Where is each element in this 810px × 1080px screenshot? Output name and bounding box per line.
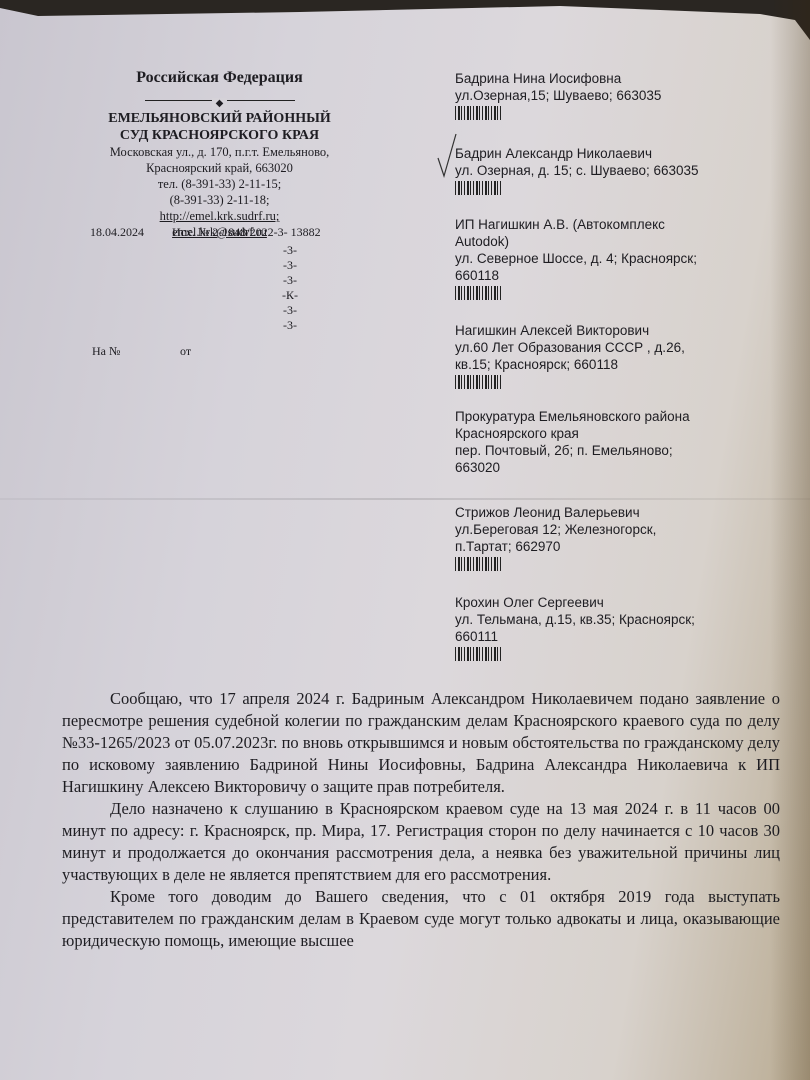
recipient-address: 663020 [455,459,755,476]
code: -3- [270,318,310,333]
court-address-line1: Московская ул., д. 170, п.г.т. Емельянов… [92,144,347,160]
recipient-address: Autodok) [455,233,755,250]
recipient-name: Стрижов Леонид Валерьевич [455,504,755,521]
recipient-address: кв.15; Красноярск; 660118 [455,356,755,373]
letter-body: Сообщаю, что 17 апреля 2024 г. Бадриным … [62,688,780,952]
body-paragraph: Дело назначено к слушанию в Красноярском… [62,798,780,886]
country-name: Российская Федерация [92,70,347,86]
court-address-line2: Красноярский край, 663020 [92,160,347,176]
reference-number-label: На № [92,344,120,359]
recipient-block: Прокуратура Емельяновского района Красно… [455,408,755,476]
recipient-block: Бадрин Александр Николаевич ул. Озерная,… [455,145,755,195]
court-phone2: (8-391-33) 2-11-18; [92,192,347,208]
recipient-name: Крохин Олег Сергеевич [455,594,755,611]
recipient-name: Бадрина Нина Иосифовна [455,70,755,87]
body-paragraph: Кроме того доводим до Вашего сведения, ч… [62,886,780,952]
outgoing-number: Исх. № 2-1848/2022-3- 13882 [172,225,321,240]
barcode-icon [455,557,503,571]
code: -3- [270,303,310,318]
body-paragraph: Сообщаю, что 17 апреля 2024 г. Бадриным … [62,688,780,798]
court-name-line1: ЕМЕЛЬЯНОВСКИЙ РАЙОННЫЙ [92,110,347,127]
paper-fold [0,498,810,500]
reference-date-label: от [180,344,191,359]
recipient-name: Бадрин Александр Николаевич [455,145,755,162]
barcode-icon [455,181,503,195]
recipient-address: ул.Озерная,15; Шуваево; 663035 [455,87,755,104]
recipient-name: ИП Нагишкин А.В. (Автокомплекс [455,216,755,233]
code: -3- [270,243,310,258]
recipient-address: Красноярского края [455,425,755,442]
recipient-address: ул. Озерная, д. 15; с. Шуваево; 663035 [455,162,755,179]
recipient-address: ул.60 Лет Образования СССР , д.26, [455,339,755,356]
recipient-name: Нагишкин Алексей Викторович [455,322,755,339]
barcode-icon [455,375,503,389]
emblem-icon: ◆ [145,94,295,106]
letter-date: 18.04.2024 [90,225,144,240]
court-letterhead: Российская Федерация ◆ ЕМЕЛЬЯНОВСКИЙ РАЙ… [92,70,347,240]
barcode-icon [455,106,503,120]
court-name-line2: СУД КРАСНОЯРСКОГО КРАЯ [92,127,347,144]
court-phone1: тел. (8-391-33) 2-11-15; [92,176,347,192]
recipient-block: Нагишкин Алексей Викторович ул.60 Лет Об… [455,322,755,389]
recipient-block: ИП Нагишкин А.В. (Автокомплекс Autodok) … [455,216,755,300]
barcode-icon [455,286,503,300]
barcode-icon [455,647,503,661]
recipient-address: ул. Северное Шоссе, д. 4; Красноярск; [455,250,755,267]
recipient-address: пер. Почтовый, 2б; п. Емельяново; [455,442,755,459]
recipient-block: Бадрина Нина Иосифовна ул.Озерная,15; Шу… [455,70,755,120]
code: -3- [270,273,310,288]
recipient-block: Стрижов Леонид Валерьевич ул.Береговая 1… [455,504,755,571]
recipient-address: п.Тартат; 662970 [455,538,755,555]
recipient-address: ул. Тельмана, д.15, кв.35; Красноярск; [455,611,755,628]
code: -К- [270,288,310,303]
code: -3- [270,258,310,273]
recipient-block: Крохин Олег Сергеевич ул. Тельмана, д.15… [455,594,755,661]
recipient-address: 660118 [455,267,755,284]
recipient-codes: -3- -3- -3- -К- -3- -3- [270,243,310,333]
court-website-link[interactable]: http://emel.krk.sudrf.ru; [160,209,280,223]
recipient-address: ул.Береговая 12; Железногорск, [455,521,755,538]
recipient-address: 660111 [455,628,755,645]
recipient-name: Прокуратура Емельяновского района [455,408,755,425]
